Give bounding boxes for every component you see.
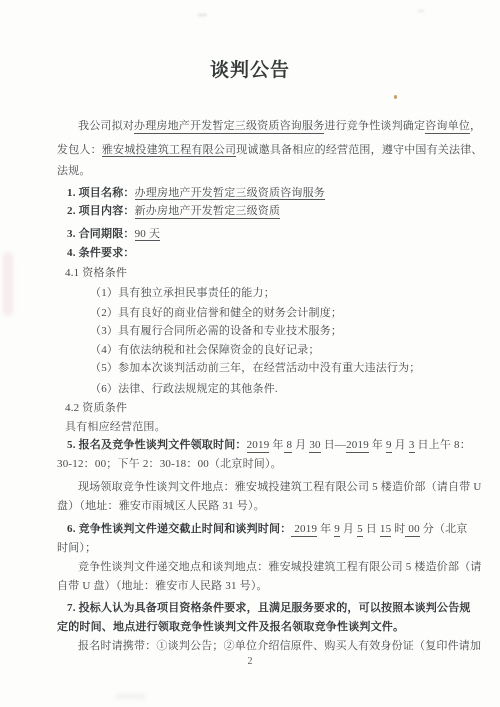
text-run: 现场领取竞争性谈判文件地点：雅安城投建筑工程有限公司 5 楼造价部（请自带 U — [78, 481, 482, 493]
scan-artifact — [418, 10, 424, 12]
underlined-text-run: 2019 — [247, 439, 270, 453]
underlined-text-run: 30 — [309, 439, 320, 453]
underlined-text-run: 2019 — [291, 523, 317, 537]
scan-artifact — [198, 14, 207, 16]
text-run: 7. 投标人认为具备项目资格条件要求，且满足服务要求的，可以按照本谈判公告规 — [67, 602, 471, 614]
text-run: 发包人： — [57, 144, 102, 156]
text-run: （1）具有独立承担民事责任的能力； — [90, 287, 275, 299]
text-run: 2. 项目内容： — [67, 205, 135, 217]
text-line: 5. 报名及竞争性谈判文件领取时间：2019 年 8 月 30 日—2019 年… — [57, 436, 472, 455]
text-line: 4.1 资格条件 — [57, 264, 472, 283]
text-line: 现场领取竞争性谈判文件地点：雅安城投建筑工程有限公司 5 楼造价部（请自带 U — [57, 478, 472, 497]
text-line: 盘）（地址：雅安市雨城区人民路 31 号）。 — [57, 497, 472, 516]
text-line: 定的时间、地点进行领取竞争性谈判文件及报名领取竞争性谈判文件。 — [57, 618, 472, 637]
text-line: 我公司拟对办理房地产开发暂定三级资质咨询服务进行竞争性谈判确定咨询单位， — [57, 117, 472, 136]
text-line: 报名时请携带：①谈判公告；②单位介绍信原件、购买人有效身份证（复印件请加 — [57, 637, 472, 656]
text-run: 定的时间、地点进行领取竞争性谈判文件及报名领取竞争性谈判文件。 — [57, 621, 404, 633]
text-line: 7. 投标人认为具备项目资格条件要求，且满足服务要求的，可以按照本谈判公告规 — [57, 599, 472, 618]
text-line: 具有相应经营范围。 — [57, 418, 472, 437]
text-run: 日 — [363, 523, 380, 535]
text-run: 法规。 — [57, 165, 91, 177]
scan-artifact — [3, 252, 13, 316]
text-line: 2. 项目内容：新办房地产开发暂定三级资质 — [57, 202, 472, 221]
text-run: 日— — [321, 439, 346, 451]
text-line: （4）有依法纳税和社会保障资金的良好记录； — [57, 341, 472, 360]
text-run: 现诚邀具备相应的经营范围，遵守中国有关法律、 — [236, 144, 482, 156]
underlined-text-run: 办理房地产开发暂定三级资质咨询服务 — [134, 120, 324, 134]
text-line: （5）参加本次谈判活动前三年，在经营活动中没有重大违法行为； — [57, 359, 472, 378]
underlined-text-run: 15 — [380, 523, 391, 537]
text-run: 分（北京 — [420, 523, 468, 535]
text-line: 时间）； — [57, 539, 472, 558]
text-run: 4.1 资格条件 — [65, 267, 127, 279]
text-line: 4. 条件要求： — [57, 244, 472, 263]
text-run: 月 — [392, 439, 409, 451]
text-run: 年 — [269, 439, 283, 451]
text-run: 具有相应经营范围。 — [65, 421, 166, 433]
text-line: （1）具有独立承担民事责任的能力； — [57, 284, 472, 303]
text-run: 日上午 8： — [415, 439, 471, 451]
text-line: 30-12：00；下午 2：30-18：00（北京时间）。 — [57, 455, 472, 474]
document-page: 谈判公告 我公司拟对办理房地产开发暂定三级资质咨询服务进行竞争性谈判确定咨询单位… — [0, 0, 500, 707]
underlined-text-run: 90 天 — [135, 228, 161, 242]
text-run: 4.2 资质条件 — [65, 402, 127, 414]
text-run: 年 — [317, 523, 334, 535]
text-line: 1. 项目名称：办理房地产开发暂定三级资质咨询服务 — [57, 184, 472, 203]
text-run: （3）具有履行合同所必需的设备和专业技术服务； — [90, 325, 342, 337]
text-run: （6）法律、行政法规规定的其他条件. — [90, 383, 278, 395]
text-run: 4. 条件要求： — [67, 247, 135, 259]
text-line: 法规。 — [57, 162, 472, 181]
text-line: （2）具有良好的商业信誉和健全的财务会计制度； — [57, 304, 472, 323]
text-run: 1. 项目名称： — [67, 187, 135, 199]
underlined-text-run: 咨询单位 — [425, 120, 470, 134]
text-line: 3. 合同期限：90 天 — [57, 225, 472, 244]
text-run: 3. 合同期限： — [67, 228, 135, 240]
text-line: 竞争性谈判文件递交地点和谈判地点：雅安城投建筑工程有限公司 5 楼造价部（请 — [57, 558, 472, 577]
text-run: ， — [470, 120, 481, 132]
text-run: （2）具有良好的商业信誉和健全的财务会计制度； — [90, 307, 342, 319]
text-run: 我公司拟对 — [78, 120, 134, 132]
document-body: 我公司拟对办理房地产开发暂定三级资质咨询服务进行竞争性谈判确定咨询单位，发包人：… — [57, 117, 472, 656]
text-run: 月 — [340, 523, 357, 535]
text-line: （6）法律、行政法规规定的其他条件. — [57, 380, 472, 399]
text-run: 进行竞争性谈判确定 — [324, 120, 425, 132]
text-run: 盘）（地址：雅安市雨城区人民路 31 号）。 — [57, 500, 265, 512]
scan-artifact — [394, 95, 397, 99]
text-line: 6. 竞争性谈判文件递交截止时间和谈判时间： 2019 年 9 月 5 日 15… — [57, 520, 472, 539]
text-run: 年 — [369, 439, 386, 451]
text-run: 自带 U 盘）（地址：雅安市人民路 31 号）。 — [57, 580, 268, 592]
scan-artifact — [116, 694, 146, 699]
text-run: 30-12：00；下午 2：30-18：00（北京时间）。 — [57, 458, 282, 470]
text-run: 6. 竞争性谈判文件递交截止时间和谈判时间： — [67, 523, 291, 535]
text-run: （4）有依法纳税和社会保障资金的良好记录； — [90, 344, 320, 356]
text-run: 竞争性谈判文件递交地点和谈判地点：雅安城投建筑工程有限公司 5 楼造价部（请 — [78, 561, 482, 573]
text-run: 时间）； — [57, 542, 96, 554]
text-run: 报名时请携带：①谈判公告；②单位介绍信原件、购买人有效身份证（复印件请加 — [78, 640, 481, 652]
text-run: （5）参加本次谈判活动前三年，在经营活动中没有重大违法行为； — [90, 362, 421, 374]
text-line: 自带 U 盘）（地址：雅安市人民路 31 号）。 — [57, 577, 472, 596]
underlined-text-run: 雅安城投建筑工程有限公司 — [102, 144, 236, 158]
text-line: （3）具有履行合同所必需的设备和专业技术服务； — [57, 322, 472, 341]
underlined-text-run: 新办房地产开发暂定三级资质 — [135, 205, 281, 219]
text-run: 5. 报名及竞争性谈判文件领取时间： — [67, 439, 247, 451]
page-number: 2 — [0, 656, 500, 667]
underlined-text-run: 2019 — [346, 439, 369, 453]
text-run: 时 — [391, 523, 405, 535]
page-title: 谈判公告 — [0, 58, 500, 84]
text-line: 发包人：雅安城投建筑工程有限公司现诚邀具备相应的经营范围，遵守中国有关法律、 — [57, 141, 472, 160]
text-run: 月 — [292, 439, 309, 451]
underlined-text-run: 办理房地产开发暂定三级资质咨询服务 — [135, 187, 325, 201]
underlined-text-run: 00 — [405, 523, 419, 537]
text-line: 4.2 资质条件 — [57, 399, 472, 418]
underlined-text-run: 8 — [284, 439, 293, 453]
